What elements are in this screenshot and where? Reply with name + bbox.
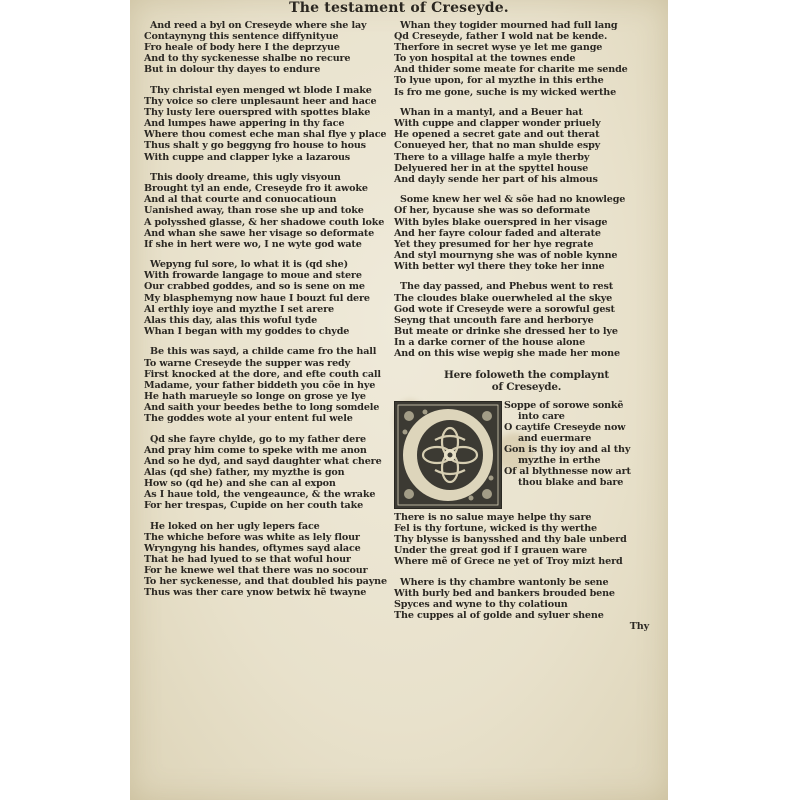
verse-line: The cuppes al of golde and syluer shene	[394, 610, 659, 621]
catchword: Thy	[394, 621, 659, 632]
verse-line: Fel is thy fortune, wicked is thy werthe	[394, 523, 659, 534]
stanza: Wepyng ful sore, lo what it is (qd she) …	[144, 259, 389, 337]
verse-line: The goddes wote al your entent ful wele	[144, 413, 389, 424]
verse-line: Thy voice so clere unplesaunt heer and h…	[144, 96, 389, 107]
left-column: And reed a byl on Creseyde where she lay…	[144, 20, 389, 608]
verse-line: Thus was ther care ynow betwix hẽ twayne	[144, 587, 389, 598]
verse-line: With better wyl there they toke her inne	[394, 261, 659, 272]
verse-line: Alas (qd she) father, my myzthe is gon	[144, 467, 389, 478]
verse-line: If she in hert were wo, I ne wyte god wa…	[144, 239, 389, 250]
verse-line: Thus shalt y go beggyng fro house to hou…	[144, 140, 389, 151]
verse-line: Therfore in secret wyse ye let me gange	[394, 42, 659, 53]
stanza: The day passed, and Phebus went to rest …	[394, 281, 659, 359]
verse-line: and euermare	[504, 433, 654, 444]
verse-line: The whiche before was white as lely flou…	[144, 532, 389, 543]
verse-line: Whan in a mantyl, and a Beuer hat	[394, 107, 659, 118]
verse-line: How so (qd he) and she can al expon	[144, 478, 389, 489]
running-head: The testament of Creseyde.	[130, 0, 668, 16]
verse-line: Whan they togider mourned had full lang	[394, 20, 659, 31]
verse-line: To warne Creseyde the supper was redy	[144, 358, 389, 369]
verse-line: To lyue upon, for al myzthe in this erth…	[394, 75, 659, 86]
stanza: And reed a byl on Creseyde where she lay…	[144, 20, 389, 75]
verse-line: Conueyed her, that no man shulde espy	[394, 140, 659, 151]
verse-line: And her fayre colour faded and alterate	[394, 228, 659, 239]
verse-line: Where thou comest eche man shal flye y p…	[144, 129, 389, 140]
verse-line: Alas this day, alas this woful tyde	[144, 315, 389, 326]
verse-line: And dayly sende her part of his almous	[394, 174, 659, 185]
verse-line: Qd Creseyde, father I wold nat be kende.	[394, 31, 659, 42]
verse-line: Brought tyl an ende, Creseyde fro it awo…	[144, 183, 389, 194]
verse-line: In a darke corner of the house alone	[394, 337, 659, 348]
stanza: Thy christal eyen menged wt blode I make…	[144, 85, 389, 163]
verse-line: myzthe in erthe	[504, 455, 654, 466]
stanza: Where is thy chambre wantonly be sene Wi…	[394, 577, 659, 621]
verse-line: He hath marueyle so longe on grose ye ly…	[144, 391, 389, 402]
stanza: This dooly dreame, this ugly visyoun Bro…	[144, 172, 389, 250]
verse-line: The cloudes blake ouerwheled al the skye	[394, 293, 659, 304]
verse-line: And to thy syckenesse shalbe no recure	[144, 53, 389, 64]
verse-line: He opened a secret gate and out therat	[394, 129, 659, 140]
verse-line: And whan she sawe her visage so deformat…	[144, 228, 389, 239]
verse-line: God wote if Creseyde were a sorowful ges…	[394, 304, 659, 315]
verse-line: With frowarde langage to moue and stere	[144, 270, 389, 281]
verse-line: Wryngyng his handes, oftymes sayd alace	[144, 543, 389, 554]
verse-line: And pray him come to speke with me anon	[144, 445, 389, 456]
verse-line: This dooly dreame, this ugly visyoun	[144, 172, 389, 183]
verse-line: My blasphemyng now haue I bouzt ful dere	[144, 293, 389, 304]
right-column: Whan they togider mourned had full lang …	[394, 20, 659, 633]
verse-line: To her syckenesse, and that doubled his …	[144, 576, 389, 587]
verse-line: Madame, your father biddeth you cõe in h…	[144, 380, 389, 391]
verse-line: First knocked at the dore, and efte cout…	[144, 369, 389, 380]
verse-line: And saith your beedes bethe to long somd…	[144, 402, 389, 413]
verse-line: Be this was sayd, a childe came fro the …	[144, 346, 389, 357]
verse-line: And lumpes hawe appering in thy face	[144, 118, 389, 129]
verse-line: Thy blysse is banysshed and thy bale unb…	[394, 534, 659, 545]
verse-line: Qd she fayre chylde, go to my father der…	[144, 434, 389, 445]
verse-line: But in dolour thy dayes to endure	[144, 64, 389, 75]
verse-line: With byles blake ouerspred in her visage	[394, 217, 659, 228]
verse-line: That he had lyued to se that woful hour	[144, 554, 389, 565]
verse-line: There to a village halfe a myle therby	[394, 152, 659, 163]
verse-line: To yon hospital at the townes ende	[394, 53, 659, 64]
initial-text: Soppe of sorowe sonkẽ into care O caytif…	[504, 400, 654, 489]
verse-line: Seyng that uncouth fare and herborye	[394, 315, 659, 326]
verse-line: Gon is thy ioy and al thy	[504, 444, 654, 455]
stanza: Qd she fayre chylde, go to my father der…	[144, 434, 389, 512]
verse-line: Of her, bycause she was so deformate	[394, 205, 659, 216]
verse-line: Contaynyng this sentence diffynityue	[144, 31, 389, 42]
stanza: Be this was sayd, a childe came fro the …	[144, 346, 389, 424]
verse-line: Whan I began with my goddes to chyde	[144, 326, 389, 337]
stanza: Whan in a mantyl, and a Beuer hat With c…	[394, 107, 659, 185]
verse-line: Delyuered her in at the spyttel house	[394, 163, 659, 174]
stanza: Some knew her wel & sõe had no knowlege …	[394, 194, 659, 272]
verse-line: Fro heale of body here I the deprzyue	[144, 42, 389, 53]
verse-line: And so he dyd, and sayd daughter what ch…	[144, 456, 389, 467]
verse-line: into care	[504, 411, 654, 422]
heading-line: of Creseyde.	[394, 381, 659, 393]
verse-line: There is no salue maye helpe thy sare	[394, 512, 659, 523]
stanza: Whan they togider mourned had full lang …	[394, 20, 659, 98]
book-page: The testament of Creseyde. And reed a by…	[130, 0, 668, 800]
verse-line: As I haue told, the vengeaunce, & the wr…	[144, 489, 389, 500]
initial-block: Soppe of sorowe sonkẽ into care O caytif…	[394, 401, 659, 511]
verse-line: With cuppe and clapper wonder priuely	[394, 118, 659, 129]
verse-line: Our crabbed goddes, and so is sene on me	[144, 281, 389, 292]
verse-line: Soppe of sorowe sonkẽ	[504, 400, 654, 411]
verse-line: And thider some meate for charite me sen…	[394, 64, 659, 75]
verse-line: thou blake and bare	[504, 477, 654, 488]
verse-line: Thy christal eyen menged wt blode I make	[144, 85, 389, 96]
complaint-heading: Here foloweth the complaynt of Creseyde.	[394, 369, 659, 393]
verse-line: Some knew her wel & sõe had no knowlege	[394, 194, 659, 205]
verse-line: Yet they presumed for her hye regrate	[394, 239, 659, 250]
verse-line: With cuppe and clapper lyke a lazarous	[144, 152, 389, 163]
verse-line: Where mẽ of Grece ne yet of Troy mizt he…	[394, 556, 659, 567]
verse-line: And styl mournyng she was of noble kynne	[394, 250, 659, 261]
verse-line: Under the great god if I grauen ware	[394, 545, 659, 556]
verse-line: And reed a byl on Creseyde where she lay	[144, 20, 389, 31]
verse-line: For her trespas, Cupide on her couth tak…	[144, 500, 389, 511]
verse-line: For he knewe wel that there was no socou…	[144, 565, 389, 576]
verse-line: The day passed, and Phebus went to rest	[394, 281, 659, 292]
verse-line: Wepyng ful sore, lo what it is (qd she)	[144, 259, 389, 270]
verse-line: Al erthly ioye and myzthe I set arere	[144, 304, 389, 315]
verse-line: Thy lusty lere ouerspred with spottes bl…	[144, 107, 389, 118]
verse-line: Is fro me gone, suche is my wicked werth…	[394, 87, 659, 98]
verse-line: He loked on her ugly lepers face	[144, 521, 389, 532]
stanza: There is no salue maye helpe thy sare Fe…	[394, 512, 659, 567]
verse-line: But meate or drinke she dressed her to l…	[394, 326, 659, 337]
verse-line: Of al blythnesse now art	[504, 466, 654, 477]
verse-line: A polysshed glasse, & her shadowe couth …	[144, 217, 389, 228]
stanza: He loked on her ugly lepers face The whi…	[144, 521, 389, 599]
verse-line: And on this wise wepig she made her mone	[394, 348, 659, 359]
verse-line: Where is thy chambre wantonly be sene	[394, 577, 659, 588]
verse-line: O caytife Creseyde now	[504, 422, 654, 433]
verse-line: Spyces and wyne to thy colatioun	[394, 599, 659, 610]
decorated-initial-o-icon	[394, 401, 502, 509]
verse-line: Uanished away, than rose she up and toke	[144, 205, 389, 216]
verse-line: With burly bed and bankers brouded bene	[394, 588, 659, 599]
verse-line: And al that courte and conuocatioun	[144, 194, 389, 205]
heading-line: Here foloweth the complaynt	[394, 369, 659, 381]
